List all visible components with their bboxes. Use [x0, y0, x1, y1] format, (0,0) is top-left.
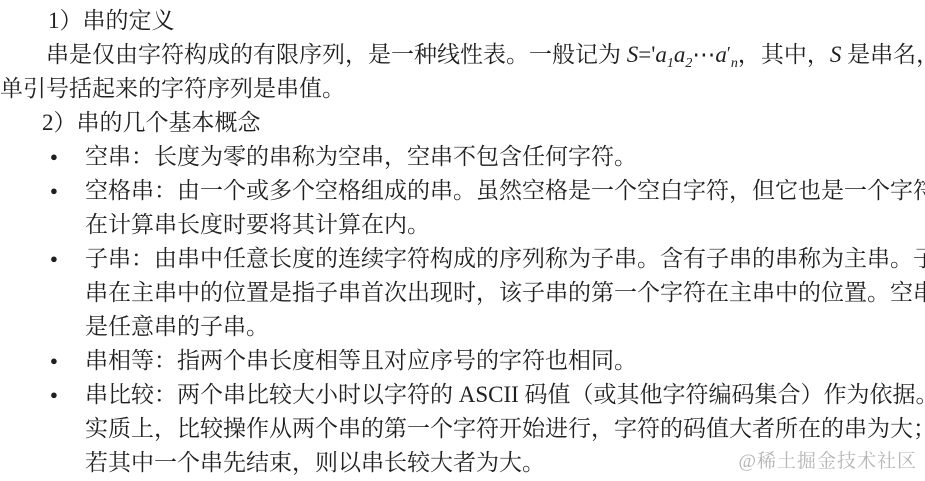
bullet-item-empty-string: ● 空串：长度为零的串称为空串，空串不包含任何字符。 — [0, 140, 925, 174]
section-heading-1: 1）串的定义 — [0, 4, 925, 38]
bullet-line: 在计算串长度时要将其计算在内。 — [85, 208, 925, 242]
formula-var-s: S — [627, 42, 639, 67]
bullet-icon: ● — [0, 378, 85, 412]
bullet-line: 实质上，比较操作从两个串的第一个字符开始进行，字符的码值大者所在的串为大； — [85, 412, 925, 446]
bullet-icon: ● — [0, 242, 85, 276]
bullet-item-space-string: ● 空格串：由一个或多个空格组成的串。虽然空格是一个空白字符，但它也是一个字符，… — [0, 174, 925, 242]
paragraph-text-mid: ，其中， — [738, 42, 830, 67]
bullet-line: 空串：长度为零的串称为空串，空串不包含任何字符。 — [85, 140, 637, 174]
bullet-line: 串比较：两个串比较大小时以字符的 ASCII 码值（或其他字符编码集合）作为依据… — [85, 378, 925, 412]
formula-var-a1: a — [655, 42, 667, 67]
bullet-line: 串在主串中的位置是指子串首次出现时，该子串的第一个字符在主串中的位置。空串 — [85, 276, 925, 310]
formula-sub-n: n — [731, 56, 738, 71]
formula-var-s2: S — [830, 42, 842, 67]
bullet-item-string-equal: ● 串相等：指两个串长度相等且对应序号的字符也相同。 — [0, 344, 925, 378]
document-page: 1）串的定义 串是仅由字符构成的有限序列，是一种线性表。一般记为 S='a1a2… — [0, 0, 925, 481]
bullet-line: 子串：由串中任意长度的连续字符构成的序列称为子串。含有子串的串称为主串。子 — [85, 242, 925, 276]
formula-var-an: a — [715, 42, 727, 67]
watermark: @稀土掘金技术社区 — [739, 451, 918, 473]
section-heading-2: 2）串的几个基本概念 — [0, 106, 925, 140]
bullet-line: 串相等：指两个串长度相等且对应序号的字符也相同。 — [85, 344, 637, 378]
bullet-icon: ● — [0, 140, 85, 174]
paragraph-text-suffix: 是串名， — [841, 42, 925, 67]
formula-var-a2: a — [674, 42, 686, 67]
formula-sub-1: 1 — [667, 56, 674, 71]
bullet-line: 是任意串的子串。 — [85, 310, 925, 344]
formula-dots: ⋯ — [692, 42, 715, 67]
bullet-icon: ● — [0, 344, 85, 378]
paragraph-line-2: 单引号括起来的字符序列是串值。 — [0, 72, 925, 106]
bullet-line: 空格串：由一个或多个空格组成的串。虽然空格是一个空白字符，但它也是一个字符， — [85, 174, 925, 208]
bullet-icon: ● — [0, 174, 85, 208]
formula-equals-quote: =' — [638, 42, 655, 67]
paragraph-text-prefix: 串是仅由字符构成的有限序列，是一种线性表。一般记为 — [46, 42, 627, 67]
bullet-item-substring: ● 子串：由串中任意长度的连续字符构成的序列称为子串。含有子串的串称为主串。子 … — [0, 242, 925, 344]
paragraph-line-1: 串是仅由字符构成的有限序列，是一种线性表。一般记为 S='a1a2⋯a′n，其中… — [0, 38, 925, 72]
